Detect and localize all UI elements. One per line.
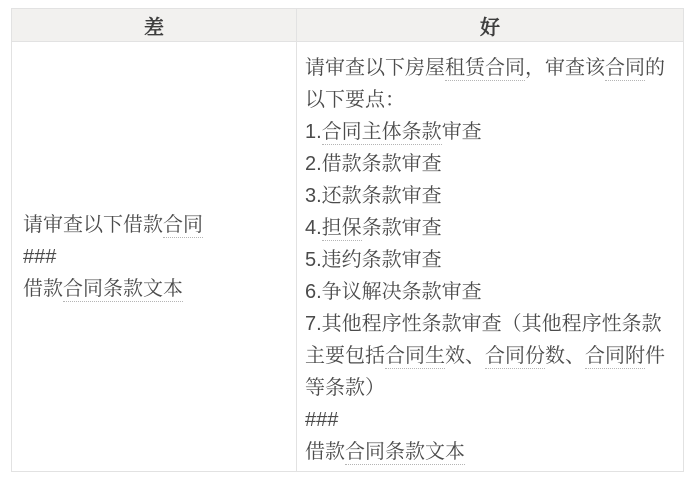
text-segment: 审查 bbox=[442, 121, 482, 143]
dotted-underlined-text: 租赁合同 bbox=[445, 57, 525, 81]
text-line: 4.担保条款审查 bbox=[305, 212, 673, 244]
dotted-underlined-text: 担保 bbox=[322, 217, 362, 241]
dotted-underlined-text: 合同条款文本 bbox=[63, 278, 183, 302]
text-segment: 3.还款条款审查 bbox=[305, 185, 442, 207]
text-segment: 的 bbox=[645, 57, 665, 79]
table-header-row: 差 好 bbox=[12, 9, 683, 42]
text-segment: 5.违约条款审查 bbox=[305, 249, 442, 271]
dotted-underlined-text: 合同条款文本 bbox=[345, 441, 465, 465]
text-line: 3.还款条款审查 bbox=[305, 180, 673, 212]
bad-example-cell: 请审查以下借款合同###借款合同条款文本 bbox=[12, 42, 297, 471]
dotted-underlined-text: 合同主体条款 bbox=[322, 121, 442, 145]
text-segment: 等条款） bbox=[305, 377, 385, 399]
dotted-underlined-text: 合同 bbox=[605, 57, 645, 81]
text-segment: 7.其他程序性条款审查（其他程序性条款 bbox=[305, 313, 662, 335]
text-line: 2.借款条款审查 bbox=[305, 148, 673, 180]
dotted-underlined-text: 合同 bbox=[163, 214, 203, 238]
text-line: 6.争议解决条款审查 bbox=[305, 276, 673, 308]
text-segment: 借款 bbox=[305, 441, 345, 463]
text-segment: 件 bbox=[645, 345, 665, 367]
text-line: ### bbox=[23, 241, 286, 273]
text-segment: ### bbox=[305, 409, 338, 431]
text-segment: 效、 bbox=[445, 345, 485, 367]
text-segment: ，审查该 bbox=[525, 57, 605, 79]
text-line: 请审查以下借款合同 bbox=[23, 209, 286, 241]
text-line: 7.其他程序性条款审查（其他程序性条款 bbox=[305, 308, 673, 340]
text-segment: 2.借款条款审查 bbox=[305, 153, 442, 175]
text-segment: 4. bbox=[305, 217, 322, 239]
text-segment: 6.争议解决条款审查 bbox=[305, 281, 482, 303]
text-segment: 以下要点： bbox=[305, 89, 405, 111]
text-segment: ### bbox=[23, 246, 56, 268]
page: 差 好 请审查以下借款合同###借款合同条款文本 请审查以下房屋租赁合同，审查该… bbox=[0, 0, 693, 496]
text-segment: 请审查以下房屋 bbox=[305, 57, 445, 79]
text-segment: 请审查以下借款 bbox=[23, 214, 163, 236]
text-line: 1.合同主体条款审查 bbox=[305, 116, 673, 148]
text-line: 借款合同条款文本 bbox=[305, 436, 673, 468]
dotted-underlined-text: 合同生 bbox=[385, 345, 445, 369]
dotted-underlined-text: 合同附 bbox=[585, 345, 645, 369]
text-segment: 数、 bbox=[545, 345, 585, 367]
text-line: 以下要点： bbox=[305, 84, 673, 116]
table-body-row: 请审查以下借款合同###借款合同条款文本 请审查以下房屋租赁合同，审查该合同的以… bbox=[12, 42, 683, 471]
text-segment: 主要包括 bbox=[305, 345, 385, 367]
header-cell-bad: 差 bbox=[12, 9, 297, 41]
text-segment: 条款审查 bbox=[362, 217, 442, 239]
comparison-table: 差 好 请审查以下借款合同###借款合同条款文本 请审查以下房屋租赁合同，审查该… bbox=[11, 8, 684, 472]
header-cell-good: 好 bbox=[297, 9, 683, 41]
text-line: ### bbox=[305, 404, 673, 436]
text-segment: 1. bbox=[305, 121, 322, 143]
text-line: 5.违约条款审查 bbox=[305, 244, 673, 276]
text-line: 等条款） bbox=[305, 372, 673, 404]
good-example-cell: 请审查以下房屋租赁合同，审查该合同的以下要点：1.合同主体条款审查2.借款条款审… bbox=[297, 42, 683, 471]
text-line: 请审查以下房屋租赁合同，审查该合同的 bbox=[305, 52, 673, 84]
text-line: 借款合同条款文本 bbox=[23, 273, 286, 305]
text-segment: 借款 bbox=[23, 278, 63, 300]
dotted-underlined-text: 合同份 bbox=[485, 345, 545, 369]
text-line: 主要包括合同生效、合同份数、合同附件 bbox=[305, 340, 673, 372]
